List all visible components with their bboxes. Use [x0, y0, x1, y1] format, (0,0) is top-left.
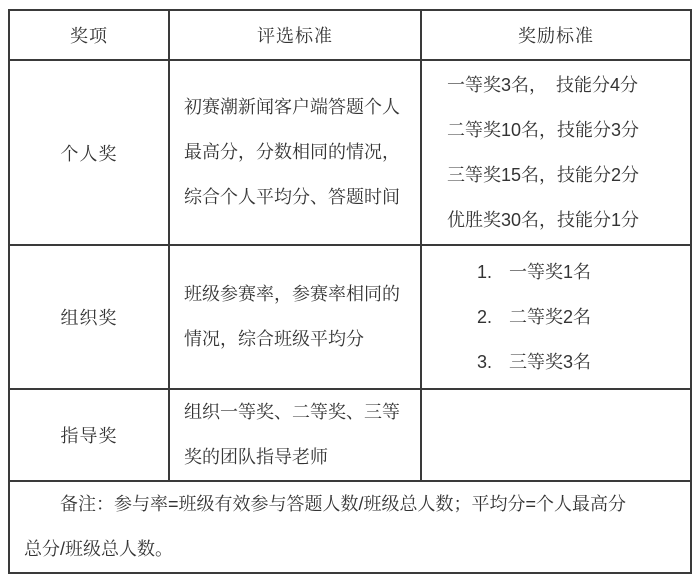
list-item-number: 2.	[477, 295, 495, 340]
award-name-guidance: 指导奖	[9, 389, 169, 481]
note-text: 备注：参与率=班级有效参与答题人数/班级总人数；平均分=个人最高分总分/班级总人…	[24, 482, 637, 568]
list-item-number: 3.	[477, 340, 495, 385]
rewards-individual: 一等奖3名， 技能分4分 二等奖10名，技能分3分 三等奖15名，技能分2分 优…	[421, 60, 691, 245]
reward-line-winner-prize: 优胜奖30名，技能分1分	[447, 198, 680, 243]
table-row-organization-award: 组织奖 班级参赛率，参赛率相同的情况，综合班级平均分 1.一等奖1名 2.二等奖…	[9, 245, 691, 389]
header-cell-award: 奖项	[9, 10, 169, 60]
criteria-guidance-text: 组织一等奖、二等奖、三等奖的团队指导老师	[184, 390, 406, 480]
criteria-organization-text: 班级参赛率，参赛率相同的情况，综合班级平均分	[184, 272, 406, 362]
criteria-individual-text: 初赛潮新闻客户端答题个人最高分，分数相同的情况，综合个人平均分、答题时间	[184, 85, 406, 220]
reward-line-first-prize: 一等奖3名， 技能分4分	[447, 63, 680, 108]
document-sheet: 奖项 评选标准 奖励标准 个人奖 初赛潮新闻客户端答题个人最高分，分数相同的情况…	[8, 9, 692, 568]
table-row-individual-award: 个人奖 初赛潮新闻客户端答题个人最高分，分数相同的情况，综合个人平均分、答题时间…	[9, 60, 691, 245]
reward-line-second-prize: 二等奖10名，技能分3分	[447, 108, 680, 153]
criteria-individual: 初赛潮新闻客户端答题个人最高分，分数相同的情况，综合个人平均分、答题时间	[169, 60, 421, 245]
list-item: 3.三等奖3名	[477, 340, 680, 385]
list-item-text: 二等奖2名	[509, 307, 591, 327]
table-row-guidance-award: 指导奖 组织一等奖、二等奖、三等奖的团队指导老师	[9, 389, 691, 481]
awards-table: 奖项 评选标准 奖励标准 个人奖 初赛潮新闻客户端答题个人最高分，分数相同的情况…	[8, 9, 692, 568]
header-cell-criteria: 评选标准	[169, 10, 421, 60]
list-item: 1.一等奖1名	[477, 250, 680, 295]
reward-line-third-prize: 三等奖15名，技能分2分	[447, 153, 680, 198]
table-header-row: 奖项 评选标准 奖励标准	[9, 10, 691, 60]
award-name-organization: 组织奖	[9, 245, 169, 389]
list-item-text: 三等奖3名	[509, 352, 591, 372]
list-item-number: 1.	[477, 250, 495, 295]
criteria-organization: 班级参赛率，参赛率相同的情况，综合班级平均分	[169, 245, 421, 389]
header-cell-reward: 奖励标准	[421, 10, 691, 60]
rewards-guidance-empty	[421, 389, 691, 481]
award-name-individual: 个人奖	[9, 60, 169, 245]
criteria-guidance: 组织一等奖、二等奖、三等奖的团队指导老师	[169, 389, 421, 481]
rewards-organization: 1.一等奖1名 2.二等奖2名 3.三等奖3名	[421, 245, 691, 389]
table-note-row: 备注：参与率=班级有效参与答题人数/班级总人数；平均分=个人最高分总分/班级总人…	[9, 481, 691, 568]
list-item: 2.二等奖2名	[477, 295, 680, 340]
rewards-ordered-list: 1.一等奖1名 2.二等奖2名 3.三等奖3名	[447, 250, 680, 385]
list-item-text: 一等奖1名	[509, 262, 591, 282]
note-cell: 备注：参与率=班级有效参与答题人数/班级总人数；平均分=个人最高分总分/班级总人…	[9, 481, 691, 568]
